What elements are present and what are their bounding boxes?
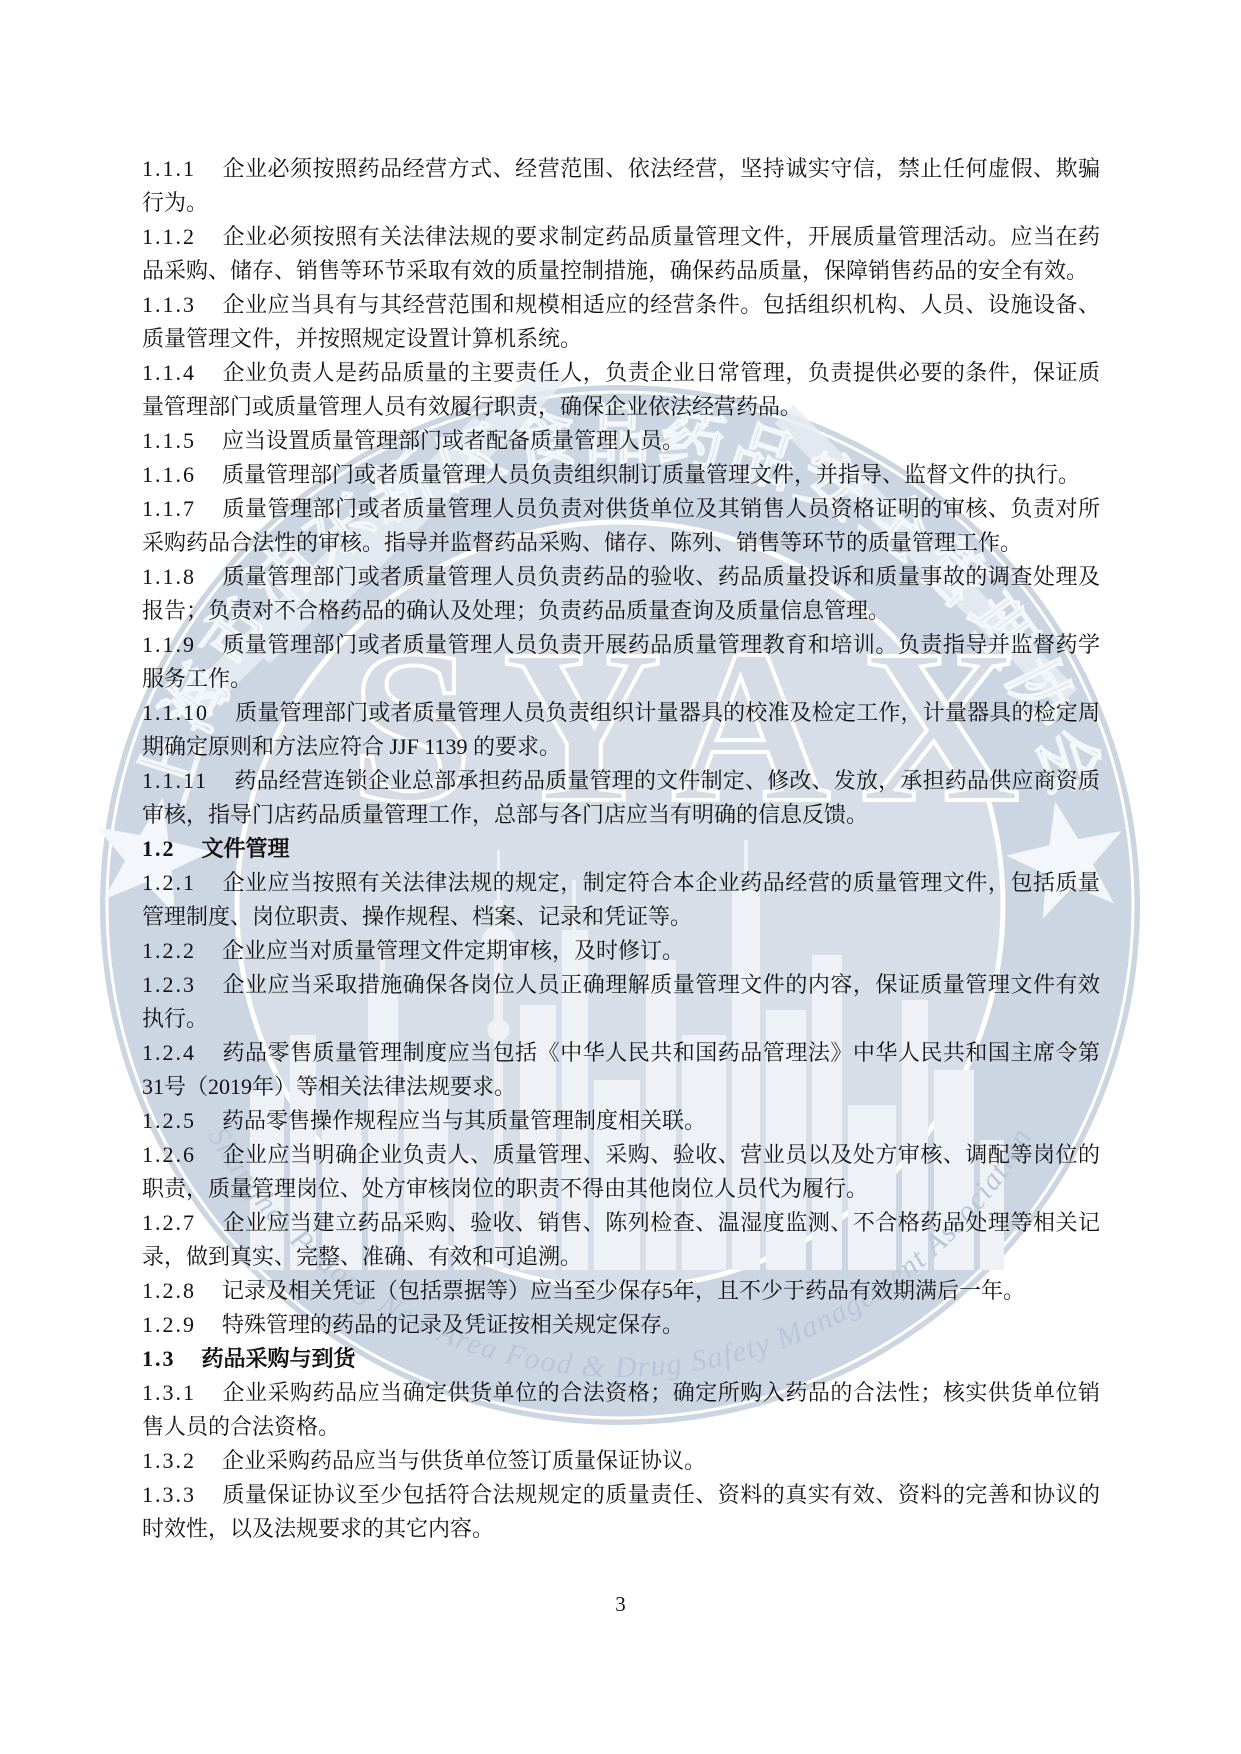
clause-number: 1.1.11 (142, 768, 208, 793)
document-page: 上海市浦东新区食品药品安全管理协会 Shanghai Pudong New Ar… (0, 0, 1241, 1754)
clause-text: 质量管理部门或者质量管理人员负责开展药品质量管理教育和培训。负责指导并监督药学服… (142, 632, 1100, 691)
clause: 1.2.1企业应当按照有关法律法规的规定，制定符合本企业药品经营的质量管理文件，… (142, 866, 1100, 934)
clause-text: 企业应当采取措施确保各岗位人员正确理解质量管理文件的内容，保证质量管理文件有效执… (142, 972, 1100, 1031)
clause: 1.1.9质量管理部门或者质量管理人员负责开展药品质量管理教育和培训。负责指导并… (142, 628, 1100, 696)
clause-text: 质量保证协议至少包括符合法规规定的质量责任、资料的真实有效、资料的完善和协议的时… (142, 1482, 1100, 1541)
clause-text: 企业采购药品应当与供货单位签订质量保证协议。 (222, 1448, 706, 1473)
clause-text: 企业必须按照有关法律法规的要求制定药品质量管理文件，开展质量管理活动。应当在药品… (142, 224, 1100, 283)
clause-number: 1.2.1 (142, 870, 196, 895)
clause: 1.1.10质量管理部门或者质量管理人员负责组织计量器具的校准及检定工作，计量器… (142, 696, 1100, 764)
clause-text: 企业必须按照药品经营方式、经营范围、依法经营，坚持诚实守信，禁止任何虚假、欺骗行… (142, 156, 1100, 215)
clause-number: 1.2.2 (142, 938, 196, 963)
clause-text: 记录及相关凭证（包括票据等）应当至少保存5年，且不少于药品有效期满后一年。 (222, 1278, 1025, 1303)
clause-number: 1.1.3 (142, 292, 196, 317)
clause: 1.3.3质量保证协议至少包括符合法规规定的质量责任、资料的真实有效、资料的完善… (142, 1478, 1100, 1546)
clause-number: 1.1.2 (142, 224, 196, 249)
clause: 1.2.9特殊管理的药品的记录及凭证按相关规定保存。 (142, 1308, 1100, 1342)
clause-text: 企业应当具有与其经营范围和规模相适应的经营条件。包括组织机构、人员、设施设备、质… (142, 292, 1100, 351)
clause: 1.1.1企业必须按照药品经营方式、经营范围、依法经营，坚持诚实守信，禁止任何虚… (142, 152, 1100, 220)
clause-text: 企业应当明确企业负责人、质量管理、采购、验收、营业员以及处方审核、调配等岗位的职… (142, 1142, 1100, 1201)
clause-number: 1.2 (142, 836, 176, 861)
clause-number: 1.3.3 (142, 1482, 196, 1507)
clause-text: 药品零售操作规程应当与其质量管理制度相关联。 (222, 1108, 706, 1133)
clause: 1.2.6企业应当明确企业负责人、质量管理、采购、验收、营业员以及处方审核、调配… (142, 1138, 1100, 1206)
document-body: 1.1.1企业必须按照药品经营方式、经营范围、依法经营，坚持诚实守信，禁止任何虚… (142, 152, 1100, 1546)
clause-number: 1.2.8 (142, 1278, 196, 1303)
clause-number: 1.1.4 (142, 360, 196, 385)
clause-text: 企业应当对质量管理文件定期审核，及时修订。 (222, 938, 684, 963)
clause: 1.1.4企业负责人是药品质量的主要责任人，负责企业日常管理，负责提供必要的条件… (142, 356, 1100, 424)
clause-number: 1.1.8 (142, 564, 196, 589)
clause: 1.3.2企业采购药品应当与供货单位签订质量保证协议。 (142, 1444, 1100, 1478)
clause-number: 1.2.9 (142, 1312, 196, 1337)
clause-text: 特殊管理的药品的记录及凭证按相关规定保存。 (222, 1312, 684, 1337)
clause-number: 1.2.7 (142, 1210, 196, 1235)
clause: 1.3药品采购与到货 (142, 1342, 1100, 1376)
clause: 1.2.8记录及相关凭证（包括票据等）应当至少保存5年，且不少于药品有效期满后一… (142, 1274, 1100, 1308)
clause: 1.1.6质量管理部门或者质量管理人员负责组织制订质量管理文件，并指导、监督文件… (142, 458, 1100, 492)
clause-number: 1.1.5 (142, 428, 196, 453)
clause: 1.2文件管理 (142, 832, 1100, 866)
clause-text: 企业应当建立药品采购、验收、销售、陈列检查、温湿度监测、不合格药品处理等相关记录… (142, 1210, 1100, 1269)
clause-number: 1.2.6 (142, 1142, 196, 1167)
clause-text: 企业负责人是药品质量的主要责任人，负责企业日常管理，负责提供必要的条件，保证质量… (142, 360, 1100, 419)
clause-text: 药品经营连锁企业总部承担药品质量管理的文件制定、修改、发放，承担药品供应商资质审… (142, 768, 1100, 827)
clause: 1.2.2企业应当对质量管理文件定期审核，及时修订。 (142, 934, 1100, 968)
clause: 1.2.3企业应当采取措施确保各岗位人员正确理解质量管理文件的内容，保证质量管理… (142, 968, 1100, 1036)
clause-number: 1.2.5 (142, 1108, 196, 1133)
clause-text: 企业采购药品应当确定供货单位的合法资格；确定所购入药品的合法性；核实供货单位销售… (142, 1380, 1100, 1439)
clause: 1.1.8质量管理部门或者质量管理人员负责药品的验收、药品质量投诉和质量事故的调… (142, 560, 1100, 628)
clause-text: 质量管理部门或者质量管理人员负责药品的验收、药品质量投诉和质量事故的调查处理及报… (142, 564, 1100, 623)
clause-text: 应当设置质量管理部门或者配备质量管理人员。 (222, 428, 684, 453)
clause: 1.2.7企业应当建立药品采购、验收、销售、陈列检查、温湿度监测、不合格药品处理… (142, 1206, 1100, 1274)
clause-number: 1.1.7 (142, 496, 196, 521)
clause: 1.1.2企业必须按照有关法律法规的要求制定药品质量管理文件，开展质量管理活动。… (142, 220, 1100, 288)
clause: 1.2.4药品零售质量管理制度应当包括《中华人民共和国药品管理法》中华人民共和国… (142, 1036, 1100, 1104)
clause: 1.1.5应当设置质量管理部门或者配备质量管理人员。 (142, 424, 1100, 458)
clause: 1.1.11药品经营连锁企业总部承担药品质量管理的文件制定、修改、发放，承担药品… (142, 764, 1100, 832)
clause-number: 1.1.6 (142, 462, 196, 487)
clause-text: 质量管理部门或者质量管理人员负责组织计量器具的校准及检定工作，计量器具的检定周期… (142, 700, 1100, 759)
clause-number: 1.3.1 (142, 1380, 196, 1405)
clause-text: 药品零售质量管理制度应当包括《中华人民共和国药品管理法》中华人民共和国主席令第3… (142, 1040, 1100, 1099)
clause: 1.2.5药品零售操作规程应当与其质量管理制度相关联。 (142, 1104, 1100, 1138)
clause-number: 1.1.1 (142, 156, 196, 181)
clause-number: 1.3 (142, 1346, 176, 1371)
clause-number: 1.3.2 (142, 1448, 196, 1473)
clause-number: 1.1.9 (142, 632, 196, 657)
clause-text: 企业应当按照有关法律法规的规定，制定符合本企业药品经营的质量管理文件，包括质量管… (142, 870, 1100, 929)
clause-number: 1.2.3 (142, 972, 196, 997)
clause-number: 1.1.10 (142, 700, 209, 725)
clause: 1.1.7质量管理部门或者质量管理人员负责对供货单位及其销售人员资格证明的审核、… (142, 492, 1100, 560)
clause: 1.1.3企业应当具有与其经营范围和规模相适应的经营条件。包括组织机构、人员、设… (142, 288, 1100, 356)
clause-text: 质量管理部门或者质量管理人员负责组织制订质量管理文件，并指导、监督文件的执行。 (222, 462, 1080, 487)
clause: 1.3.1企业采购药品应当确定供货单位的合法资格；确定所购入药品的合法性；核实供… (142, 1376, 1100, 1444)
page-number: 3 (0, 1592, 1241, 1617)
clause-number: 1.2.4 (142, 1040, 196, 1065)
clause-text: 药品采购与到货 (202, 1346, 356, 1371)
clause-text: 文件管理 (202, 836, 290, 861)
clause-text: 质量管理部门或者质量管理人员负责对供货单位及其销售人员资格证明的审核、负责对所采… (142, 496, 1100, 555)
